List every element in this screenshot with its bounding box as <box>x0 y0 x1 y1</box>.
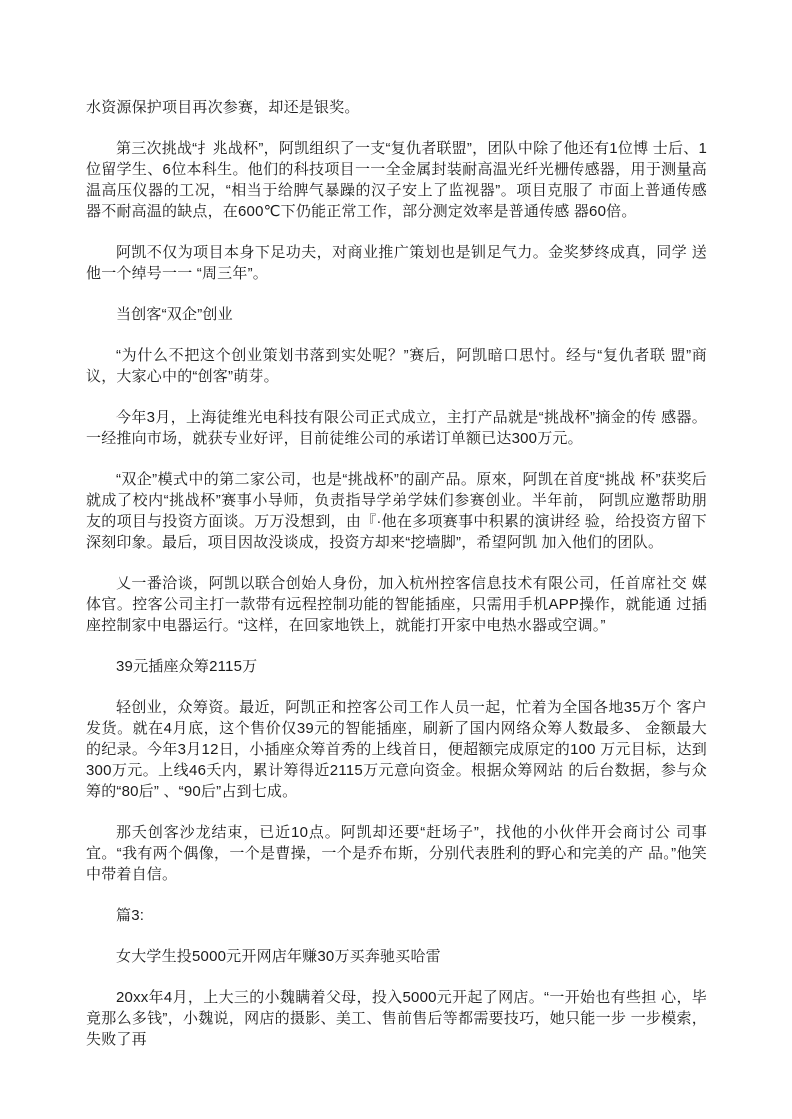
section-heading: 39元插座众筹2115万 <box>86 656 707 677</box>
section-heading: 当创客“双企”创业 <box>86 304 707 325</box>
paragraph: 水资源保护项目再次参赛，却还是银奖。 <box>86 97 707 118</box>
paragraph: 那夭创客沙龙结束，已近10点。阿凯却还要“赶场子”，找他的小伙伴开会商讨公 司事… <box>86 822 707 885</box>
section-heading: 篇3: <box>86 905 707 926</box>
document-body: 水资源保护项目再次参赛，却还是银奖。第三次挑战“扌兆战杯”，阿凯组织了一支“复仇… <box>86 97 707 1050</box>
paragraph: 阿凯不仅为项目本身下足功夫，对商业推广策划也是钏足气力。金奖梦终成真，同学 送他… <box>86 242 707 284</box>
paragraph: “双企”模式中的第二家公司，也是“挑战杯”的副产品。原來，阿凯在首度“挑战 杯”… <box>86 469 707 553</box>
paragraph: 20xx年4月，上大三的小魏瞒着父母，投入5000元开起了网店。“一开始也有些担… <box>86 987 707 1050</box>
paragraph: 第三次挑战“扌兆战杯”，阿凯组织了一支“复仇者联盟”，团队中除了他还有1位博 士… <box>86 138 707 222</box>
paragraph: 轻创业，众筹资。最近，阿凯正和控客公司工作人员一起，忙着为全国各地35万个 客户… <box>86 697 707 802</box>
paragraph: “为什么不把这个创业策划书落到实处呢？”赛后，阿凯暗口思忖。经与“复仇者联 盟”… <box>86 345 707 387</box>
document-page: 水资源保护项目再次参赛，却还是银奖。第三次挑战“扌兆战杯”，阿凯组织了一支“复仇… <box>0 0 792 1119</box>
paragraph: 今年3月，上海徒维光电科技有限公司正式成立，主打产品就是“挑战杯”摘金的传 感器… <box>86 407 707 449</box>
section-heading: 女大学生投5000元开网店年赚30万买奔驰买哈雷 <box>86 946 707 967</box>
paragraph: 乂一番洽谈，阿凯以联合创始人身份，加入杭州控客信息技术有限公司，任首席社交 媒体… <box>86 573 707 636</box>
